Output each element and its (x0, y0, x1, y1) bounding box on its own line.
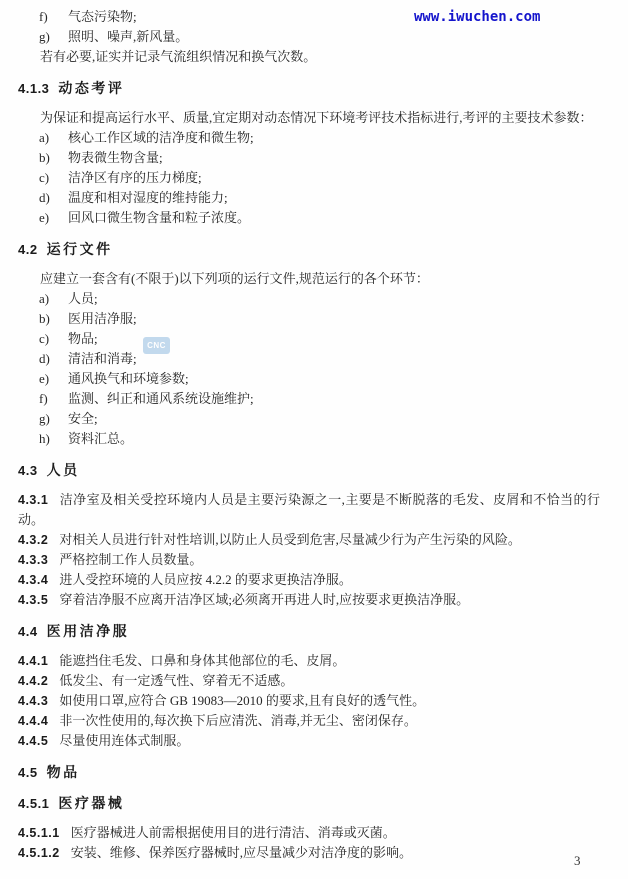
clause-number: 4.3.5 (18, 593, 48, 607)
clause-number: 4.3.2 (18, 533, 48, 547)
list-item-letter: b) (39, 148, 68, 168)
list-item: c)洁净区有序的压力梯度; (39, 168, 600, 188)
clause-text: 如使用口罩,应符合 GB 19083—2010 的要求,且有良好的透气性。 (59, 693, 425, 708)
list-item: a)人员; (39, 289, 600, 309)
paragraph: 若有必要,证实并记录气流组织情况和换气次数。 (18, 47, 600, 67)
section-number: 4.1.3 (18, 81, 49, 96)
list-item-text: 安全; (68, 411, 98, 426)
clause-paragraph: 4.4.2低发尘、有一定透气性、穿着无不适感。 (18, 671, 600, 691)
clause-text: 能遮挡住毛发、口鼻和身体其他部位的毛、皮屑。 (59, 653, 345, 668)
clause-number: 4.3.4 (18, 573, 48, 587)
clause-number: 4.4.1 (18, 654, 48, 668)
list-item-text: 人员; (68, 291, 98, 306)
list-item-letter: f) (39, 7, 68, 27)
list-item: g)照明、噪声,新风量。 (39, 27, 600, 47)
list-item: a)核心工作区域的洁净度和微生物; (39, 128, 600, 148)
list-item: h)资料汇总。 (39, 429, 600, 449)
list-item-letter: c) (39, 168, 68, 188)
clause-text: 安装、维修、保养医疗器械时,应尽量减少对洁净度的影响。 (71, 845, 412, 860)
list-item: f)监测、纠正和通风系统设施维护; (39, 389, 600, 409)
section-number: 4.4 (18, 624, 38, 639)
clause-text: 严格控制工作人员数量。 (59, 552, 202, 567)
clause-number: 4.4.5 (18, 734, 48, 748)
list-item-text: 洁净区有序的压力梯度; (68, 170, 202, 185)
section-number: 4.5.1 (18, 796, 49, 811)
list-item: d)清洁和消毒; (39, 349, 600, 369)
clause-number: 4.4.2 (18, 674, 48, 688)
list-item-text: 核心工作区域的洁净度和微生物; (68, 130, 254, 145)
list-item-text: 照明、噪声,新风量。 (68, 29, 188, 44)
list-item-text: 监测、纠正和通风系统设施维护; (68, 391, 254, 406)
list-item-letter: f) (39, 389, 68, 409)
list-item-text: 物品; (68, 331, 98, 346)
list-item-letter: e) (39, 208, 68, 228)
clause-paragraph: 4.3.2对相关人员进行针对性培训,以防止人员受到危害,尽量减少行为产生污染的风… (18, 530, 600, 550)
clause-paragraph: 4.3.4进人受控环境的人员应按 4.2.2 的要求更换洁净服。 (18, 570, 600, 590)
list-item-letter: e) (39, 369, 68, 389)
section-title: 医用洁净服 (47, 623, 130, 639)
clause-paragraph: 4.5.1.1医疗器械进人前需根据使用目的进行清洁、消毒或灭菌。 (18, 823, 600, 843)
clause-paragraph: 4.3.5穿着洁净服不应离开洁净区域;必须离开再进人时,应按要求更换洁净服。 (18, 590, 600, 610)
clause-number: 4.4.3 (18, 694, 48, 708)
page-number: 3 (574, 851, 581, 871)
list-item-text: 气态污染物; (68, 9, 137, 24)
list-item-letter: a) (39, 289, 68, 309)
paragraph: 为保证和提高运行水平、质量,宜定期对动态情况下环境考评技术指标进行,考评的主要技… (18, 108, 600, 128)
list-item-letter: c) (39, 329, 68, 349)
clause-text: 对相关人员进行针对性培训,以防止人员受到危害,尽量减少行为产生污染的风险。 (59, 532, 521, 547)
list-item-text: 物表微生物含量; (68, 150, 163, 165)
section-heading: 4.2运行文件 (18, 238, 600, 261)
section-heading: 4.5.1医疗器械 (18, 792, 600, 815)
section-heading: 4.3人员 (18, 459, 600, 482)
section-number: 4.3 (18, 463, 38, 478)
clause-text: 进人受控环境的人员应按 4.2.2 的要求更换洁净服。 (59, 572, 352, 587)
list-item: g)安全; (39, 409, 600, 429)
list-item-text: 温度和相对湿度的维持能力; (68, 190, 228, 205)
list-item-letter: d) (39, 349, 68, 369)
list-item-text: 清洁和消毒; (68, 351, 137, 366)
cnc-watermark-badge: CNC (143, 337, 170, 354)
paragraph: 应建立一套含有(不限于)以下列项的运行文件,规范运行的各个环节： (18, 269, 600, 289)
list-item: b)物表微生物含量; (39, 148, 600, 168)
section-title: 物品 (47, 764, 80, 780)
clause-number: 4.3.1 (18, 493, 48, 507)
clause-number: 4.4.4 (18, 714, 48, 728)
clause-paragraph: 4.3.1洁净室及相关受控环境内人员是主要污染源之一,主要是不断脱落的毛发、皮屑… (18, 490, 600, 530)
list-item-letter: b) (39, 309, 68, 329)
list-item-letter: d) (39, 188, 68, 208)
section-heading: 4.5物品 (18, 761, 600, 784)
clause-number: 4.3.3 (18, 553, 48, 567)
clause-number: 4.5.1.2 (18, 846, 60, 860)
clause-text: 尽量使用连体式制服。 (59, 733, 189, 748)
section-title: 人员 (47, 462, 80, 478)
clause-text: 非一次性使用的,每次换下后应清洗、消毒,并无尘、密闭保存。 (59, 713, 417, 728)
clause-paragraph: 4.5.1.2安装、维修、保养医疗器械时,应尽量减少对洁净度的影响。 (18, 843, 600, 863)
clause-paragraph: 4.4.3如使用口罩,应符合 GB 19083—2010 的要求,且有良好的透气… (18, 691, 600, 711)
clause-paragraph: 4.4.1能遮挡住毛发、口鼻和身体其他部位的毛、皮屑。 (18, 651, 600, 671)
list-item-letter: g) (39, 27, 68, 47)
document-page: www.iwuchen.com f)气态污染物;g)照明、噪声,新风量。若有必要… (0, 0, 628, 879)
section-heading: 4.4医用洁净服 (18, 620, 600, 643)
list-item-letter: h) (39, 429, 68, 449)
clause-number: 4.5.1.1 (18, 826, 60, 840)
section-title: 动态考评 (58, 80, 124, 96)
list-item-text: 医用洁净服; (68, 311, 137, 326)
site-url-watermark-link[interactable]: www.iwuchen.com (414, 9, 540, 25)
section-number: 4.5 (18, 765, 38, 780)
list-item: d)温度和相对湿度的维持能力; (39, 188, 600, 208)
list-item: c)物品; (39, 329, 600, 349)
clause-text: 洁净室及相关受控环境内人员是主要污染源之一,主要是不断脱落的毛发、皮屑和不恰当的… (18, 492, 600, 527)
clause-text: 穿着洁净服不应离开洁净区域;必须离开再进人时,应按要求更换洁净服。 (59, 592, 469, 607)
list-item-text: 回风口微生物含量和粒子浓度。 (68, 210, 250, 225)
list-item-letter: g) (39, 409, 68, 429)
clause-paragraph: 4.4.4非一次性使用的,每次换下后应清洗、消毒,并无尘、密闭保存。 (18, 711, 600, 731)
list-item: e)回风口微生物含量和粒子浓度。 (39, 208, 600, 228)
section-number: 4.2 (18, 242, 38, 257)
section-heading: 4.1.3动态考评 (18, 77, 600, 100)
list-item: e)通风换气和环境参数; (39, 369, 600, 389)
clause-paragraph: 4.4.5尽量使用连体式制服。 (18, 731, 600, 751)
clause-paragraph: 4.3.3严格控制工作人员数量。 (18, 550, 600, 570)
clause-text: 低发尘、有一定透气性、穿着无不适感。 (59, 673, 293, 688)
list-item-text: 通风换气和环境参数; (68, 371, 189, 386)
section-title: 医疗器械 (58, 795, 124, 811)
section-title: 运行文件 (47, 241, 113, 257)
document-content: f)气态污染物;g)照明、噪声,新风量。若有必要,证实并记录气流组织情况和换气次… (18, 7, 600, 863)
list-item-letter: a) (39, 128, 68, 148)
list-item: b)医用洁净服; (39, 309, 600, 329)
list-item-text: 资料汇总。 (68, 431, 133, 446)
clause-text: 医疗器械进人前需根据使用目的进行清洁、消毒或灭菌。 (71, 825, 396, 840)
